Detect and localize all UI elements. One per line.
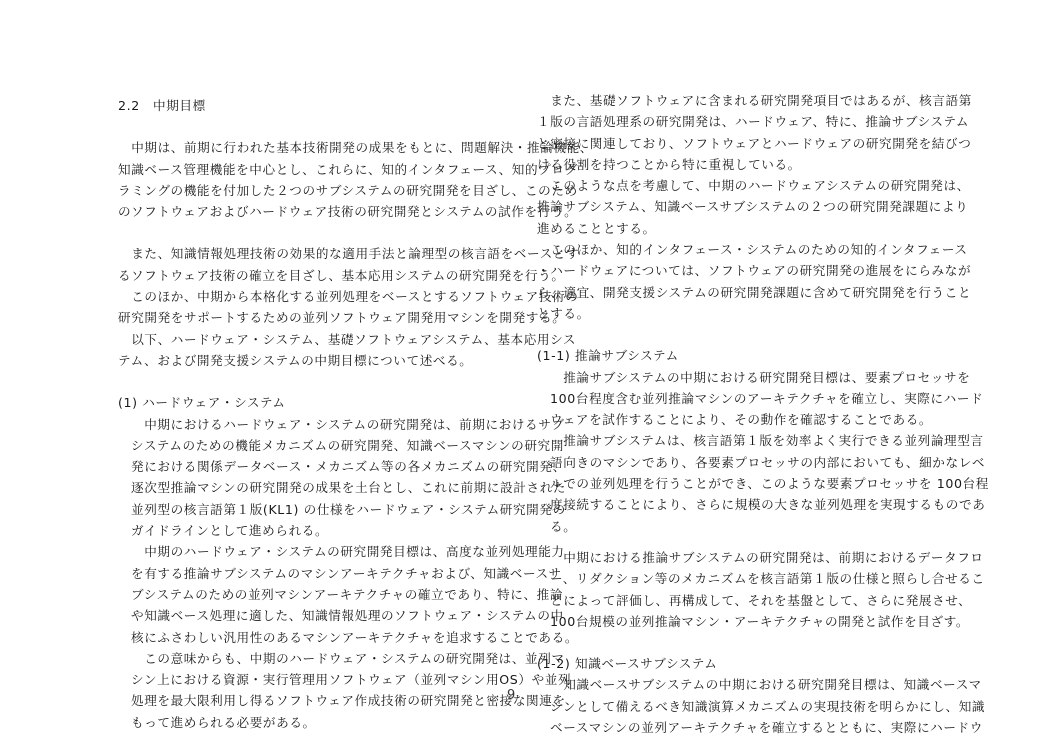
text-line: 並列型の核言語第１版(KL1) の仕様をハードウェア・システム研究開発の: [131, 499, 518, 520]
text-line: 推論サブシステムは、核言語第１版を効率よく実行できる並列論理型言: [550, 430, 937, 451]
text-line: とする。: [537, 303, 937, 324]
paragraph: 中期のハードウェア・システムの研究開発目標は、高度な並列処理能力 を有する推論サ…: [118, 541, 518, 647]
paragraph: このほか、知的インタフェース・システムのための知的インタフェース ・ハードウェア…: [537, 239, 937, 324]
text-line: ベースマシンの並列アーキテクチャを確立するとともに、実際にハードウ: [550, 717, 937, 738]
paragraph: また、基礎ソフトウェアに含まれる研究開発項目ではあるが、核言語第 １版の言語処理…: [537, 90, 937, 175]
text-line: 発における関係データベース・メカニズム等の各メカニズムの研究開発、: [131, 456, 518, 477]
text-line: ウェアを試作することにより、その動作を確認することである。: [550, 409, 937, 430]
text-line: また、知識情報処理技術の効果的な適用手法と論理型の核言語をベースとす: [118, 243, 518, 264]
text-line: 処理を最大限利用し得るソフトウェア作成技術の研究開発と密接な関連を: [131, 690, 518, 711]
text-line: 中期における推論サブシステムの研究開発は、前期におけるデータフロ: [550, 547, 937, 568]
subsection-heading: (1-2) 知識ベースサブシステム: [537, 653, 937, 674]
text-line: 知識ベースサブシステムの中期における研究開発目標は、知識ベースマ: [550, 674, 937, 695]
text-line: と密接に関連しており、ソフトウェアとハードウェアの研究開発を結びつ: [537, 133, 937, 154]
text-line: 語向きのマシンであり、各要素プロセッサの内部においても、細かなレベ: [550, 452, 937, 473]
paragraph: また、知識情報処理技術の効果的な適用手法と論理型の核言語をベースとす るソフトウ…: [118, 243, 518, 371]
text-line: ける役割を持つことから特に重視している。: [537, 154, 937, 175]
text-line: ルでの並列処理を行うことができ、このような要素プロセッサを 100台程: [550, 473, 937, 494]
text-line: 推論サブシステムの中期における研究開発目標は、要素プロセッサを: [550, 367, 937, 388]
text-line: このほか、中期から本格化する並列処理をベースとするソフトウェア技術の: [118, 286, 518, 307]
text-line: テム、および開発支援システムの中期目標について述べる。: [118, 350, 518, 371]
text-line: 核にふさわしい汎用性のあるマシンアーキテクチャを追求することである。: [131, 627, 518, 648]
text-line: ・ハードウェアについては、ソフトウェアの研究開発の進展をにらみなが: [537, 260, 937, 281]
text-line: 中期は、前期に行われた基本技術開発の成果をもとに、問題解決・推論機能、: [118, 137, 518, 158]
text-line: システムのための機能メカニズムの研究開発、知識ベースマシンの研究開: [131, 435, 518, 456]
paragraph: 知識ベースサブシステムの中期における研究開発目標は、知識ベースマ シンとして備え…: [537, 674, 937, 738]
text-line: この意味からも、中期のハードウェア・システムの研究開発は、並列マ: [131, 648, 518, 669]
text-line: ブシステムのための並列マシンアーキテクチャの確立であり、特に、推論: [131, 584, 518, 605]
text-line: 以下、ハードウェア・システム、基礎ソフトウェアシステム、基本応用シス: [118, 329, 518, 350]
text-line: このほか、知的インタフェース・システムのための知的インタフェース: [537, 239, 937, 260]
text-line: ラミングの機能を付加した２つのサブシステムの研究開発を目ざし、このため: [118, 180, 518, 201]
text-line: のソフトウェアおよびハードウェア技術の研究開発とシステムの試作を行う。: [118, 201, 518, 222]
section-heading: 2.2 中期目標: [118, 95, 518, 116]
paragraph: 中期におけるハードウェア・システムの研究開発は、前期におけるサブ システムのため…: [118, 414, 518, 542]
text-line: 100台程度含む並列推論マシンのアーキテクチャを確立し、実際にハード: [550, 388, 937, 409]
text-line: このような点を考慮して、中期のハードウェアシステムの研究開発は、: [537, 175, 937, 196]
right-column: また、基礎ソフトウェアに含まれる研究開発項目ではあるが、核言語第 １版の言語処理…: [537, 90, 937, 738]
text-line: 中期におけるハードウェア・システムの研究開発は、前期におけるサブ: [131, 414, 518, 435]
text-line: シンとして備えるべき知識演算メカニズムの実現技術を明らかにし、知識: [550, 696, 937, 717]
text-line: 研究開発をサポートするための並列ソフトウェア開発用マシンを開発する。: [118, 307, 518, 328]
subsection-heading: (1) ハードウェア・システム: [118, 392, 518, 413]
text-line: また、基礎ソフトウェアに含まれる研究開発項目ではあるが、核言語第: [537, 90, 937, 111]
paragraph: 中期における推論サブシステムの研究開発は、前期におけるデータフロ ー、リダクショ…: [537, 547, 937, 632]
text-line: ガイドラインとして進められる。: [131, 520, 518, 541]
text-line: 知識ベース管理機能を中心とし、これらに、知的インタフェース、知的プログ: [118, 159, 518, 180]
text-line: 中期のハードウェア・システムの研究開発目標は、高度な並列処理能力: [131, 541, 518, 562]
text-line: る。: [550, 516, 937, 537]
text-line: ら、適宜、開発支援システムの研究開発課題に含めて研究開発を行うこと: [537, 282, 937, 303]
paragraph: この意味からも、中期のハードウェア・システムの研究開発は、並列マ シン上における…: [118, 648, 518, 733]
text-line: 推論サブシステム、知識ベースサブシステムの２つの研究開発課題により: [537, 196, 937, 217]
text-line: １版の言語処理系の研究開発は、ハードウェア、特に、推論サブシステム: [537, 111, 937, 132]
page-number: 9: [507, 688, 515, 703]
text-line: ー、リダクション等のメカニズムを核言語第１版の仕様と照らし合せるこ: [550, 568, 937, 589]
text-line: 度接続することにより、さらに規模の大きな並列処理を実現するものであ: [550, 494, 937, 515]
text-line: シン上における資源・実行管理用ソフトウェア（並列マシン用OS）や並列: [131, 669, 518, 690]
paragraph: 推論サブシステムの中期における研究開発目標は、要素プロセッサを 100台程度含む…: [537, 367, 937, 431]
text-line: 逐次型推論マシンの研究開発の成果を土台とし、これに前期に設計された: [131, 477, 518, 498]
text-line: や知識ベース処理に適した、知識情報処理のソフトウェア・システムの中: [131, 605, 518, 626]
text-line: 100台規模の並列推論マシン・アーキテクチャの開発と試作を目ざす。: [550, 611, 937, 632]
paragraph: 推論サブシステムは、核言語第１版を効率よく実行できる並列論理型言 語向きのマシン…: [537, 430, 937, 536]
text-line: もって進められる必要がある。: [131, 712, 518, 733]
left-column: 2.2 中期目標 中期は、前期に行われた基本技術開発の成果をもとに、問題解決・推…: [118, 95, 518, 733]
subsection-heading: (1-1) 推論サブシステム: [537, 345, 937, 366]
paragraph: 中期は、前期に行われた基本技術開発の成果をもとに、問題解決・推論機能、 知識ベー…: [118, 137, 518, 222]
text-line: とによって評価し、再構成して、それを基盤として、さらに発展させ、: [550, 590, 937, 611]
text-line: を有する推論サブシステムのマシンアーキテクチャおよび、知識ベースサ: [131, 563, 518, 584]
text-line: 進めることとする。: [537, 218, 937, 239]
paragraph: このような点を考慮して、中期のハードウェアシステムの研究開発は、 推論サブシステ…: [537, 175, 937, 239]
document-page: 2.2 中期目標 中期は、前期に行われた基本技術開発の成果をもとに、問題解決・推…: [0, 0, 1054, 750]
text-line: るソフトウェア技術の確立を目ざし、基本応用システムの研究開発を行う。: [118, 265, 518, 286]
